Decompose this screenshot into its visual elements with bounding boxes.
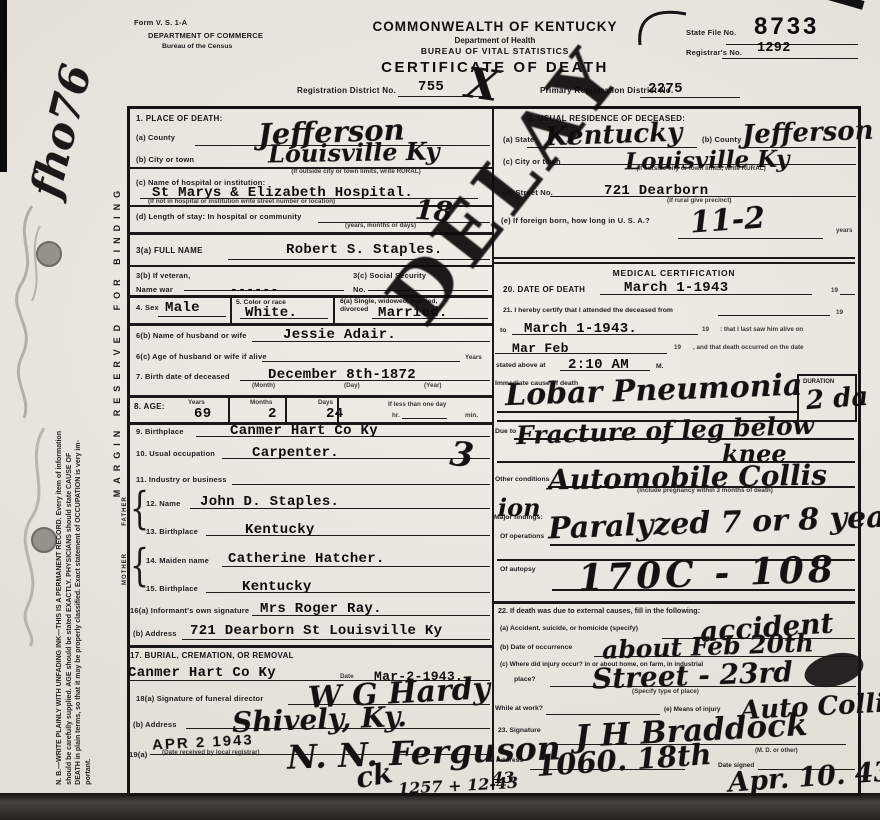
mother-bp-label: 15. Birthplace — [146, 584, 198, 593]
certify-line1-year: 19 — [836, 310, 843, 317]
rule — [493, 257, 855, 259]
cell-divider — [230, 297, 232, 323]
dept-health: Department of Health — [330, 36, 660, 45]
stray-number-note: 43 — [492, 770, 514, 786]
burial-place-value: Canmer Hart Co Ky — [128, 666, 276, 680]
pod-city-value: Louisville Ky — [268, 140, 440, 167]
birthdate-month-caption: (Month) — [252, 383, 275, 390]
birthplace-line — [196, 436, 490, 437]
birthdate-label: 7. Birth date of deceased — [136, 372, 230, 381]
physician-sig-caption: (M. D. or other) — [755, 748, 798, 754]
occupation-mark: 3 — [448, 437, 475, 473]
veteran-label: 3(b) If veteran, — [136, 271, 190, 280]
state-file-number: 8733 — [754, 13, 819, 41]
reg-district-label: Registration District No. — [297, 86, 396, 96]
stated-above-label: stated above at — [496, 362, 545, 370]
autopsy-value: 170C - 108 — [577, 551, 837, 596]
sex-line — [158, 316, 226, 317]
commonwealth-title: COMMONWEALTH OF KENTUCKY — [330, 19, 660, 34]
res-foreign-value: 11-2 — [689, 203, 766, 238]
autopsy-label: Of autopsy — [500, 566, 536, 574]
medical-title: MEDICAL CERTIFICATION — [493, 268, 855, 278]
dept-commerce: DEPARTMENT OF COMMERCE — [148, 31, 263, 40]
sex-value: Male — [165, 301, 200, 315]
director-label: 18(a) Signature of funeral director — [136, 694, 263, 703]
spouse-value: Jessie Adair. — [283, 328, 396, 342]
mother-bp-line — [206, 592, 490, 593]
pod-title: 1. PLACE OF DEATH: — [136, 114, 223, 124]
dod-line — [600, 294, 812, 295]
received-label: 19(a) — [129, 750, 148, 759]
res-county-value: Jefferson — [742, 118, 874, 149]
death-certificate-scan: MARGIN RESERVED FOR BINDING N. B.—WRITE … — [0, 0, 880, 820]
reg-district-number: 755 — [418, 80, 444, 94]
industry-line — [232, 484, 490, 485]
color-line — [240, 318, 328, 319]
margin-binding-note: MARGIN RESERVED FOR BINDING — [112, 106, 122, 576]
certify-to: to — [500, 327, 506, 335]
certify-line2-year: 19 — [702, 327, 709, 334]
pod-stay-label: (d) Length of stay: In hospital or commu… — [136, 212, 301, 221]
primary-district-line — [640, 97, 740, 98]
spouse-age-suffix: Years — [465, 355, 482, 362]
certify-line2-suffix: : that I last saw him alive on — [720, 327, 803, 334]
age-min-caption: min. — [465, 413, 478, 420]
certify-line1: 21. I hereby certify that I attended the… — [503, 307, 673, 315]
informant-addr-value: 721 Dearborn St Louisville Ky — [190, 624, 442, 638]
pod-county-label: (a) County — [136, 133, 175, 142]
check-mark-note: ck — [354, 759, 395, 793]
ink-blob — [800, 648, 870, 694]
informant-addr-line — [182, 639, 490, 640]
state-file-line — [726, 44, 858, 45]
external-b-label: (b) Date of occurrence — [500, 644, 572, 652]
registrar-number: 1292 — [757, 42, 791, 56]
age-months-value: 2 — [268, 407, 277, 421]
bureau-vital-statistics: BUREAU OF VITAL STATISTICS — [330, 46, 660, 56]
spouse-age-line — [262, 361, 460, 362]
state-file-label: State File No. — [686, 28, 736, 37]
spouse-age-label: 6(c) Age of husband or wife if alive — [136, 352, 267, 361]
marital-label2: divorced — [340, 306, 368, 314]
other-conditions-label: Other conditions — [495, 476, 549, 484]
pod-city-label: (b) City or town — [136, 155, 194, 164]
margin-nb-line2: should be carefully supplied. AGE should… — [65, 120, 75, 785]
informant-sig-value: Mrs Roger Ray. — [260, 602, 382, 616]
industry-label: 11. Industry or business — [136, 475, 227, 484]
dod-year-line — [840, 294, 855, 295]
ssn-sub-label: No. — [353, 285, 366, 294]
received-caption: (Date received by local registrar) — [162, 750, 260, 757]
pod-stay-caption: (years, months or days) — [345, 223, 416, 230]
age-label: 8. AGE: — [134, 402, 165, 412]
burial-title: 17. BURIAL, CREMATION, OR REMOVAL — [130, 651, 294, 661]
external-c-value: Street - 23rd — [592, 659, 794, 694]
age-less-caption: If less than one day — [388, 402, 446, 409]
informant-sig-line — [252, 615, 490, 616]
last-seen-line — [495, 353, 667, 354]
duration-value: 2 da — [805, 384, 869, 414]
primary-district-number: 2275 — [648, 82, 683, 96]
mother-name-value: Catherine Hatcher. — [228, 552, 385, 566]
veteran-sub-label: Name war — [136, 285, 173, 294]
birthplace-label: 9. Birthplace — [136, 427, 184, 436]
attended-to-line — [512, 334, 698, 335]
occupation-label: 10. Usual occupation — [136, 449, 215, 458]
funeral-addr-value: Shively, Ky. — [232, 703, 408, 737]
other-conditions-value2: ion — [498, 496, 541, 520]
informant-sig-label: 16(a) Informant's own signature — [130, 606, 249, 615]
scan-corner-mark — [827, 0, 864, 10]
registrar-line — [722, 58, 858, 59]
dod-value: March 1-1943 — [624, 281, 728, 295]
sex-label: 4. Sex — [136, 303, 159, 312]
mother-name-label: 14. Maiden name — [146, 556, 209, 565]
pod-hospital-caption: (If not in hospital or institution write… — [148, 199, 335, 206]
registrar-no-label: Registrar's No. — [686, 48, 742, 57]
fullname-label: 3(a) FULL NAME — [136, 246, 203, 256]
pencil-scribble — [2, 196, 50, 426]
father-name-value: John D. Staples. — [200, 495, 339, 509]
res-county-label: (b) County — [702, 135, 742, 144]
rule — [493, 262, 855, 264]
due-to-label: Due to — [495, 428, 516, 436]
certify-line1-rule — [718, 315, 830, 316]
cell-divider — [285, 397, 287, 422]
mother-side-label: MOTHER — [122, 543, 128, 595]
rule — [127, 395, 492, 398]
funeral-addr-label: (b) Address — [133, 720, 177, 729]
age-years-value: 69 — [194, 407, 211, 421]
age-hr-caption: hr. — [392, 413, 400, 420]
external-a-label: (a) Accident, suicide, or homicide (spec… — [500, 625, 638, 633]
rule — [493, 601, 855, 604]
age-hr-line — [402, 418, 447, 419]
while-at-work-label: While at work? — [495, 705, 543, 713]
registrar-signature: N. N. Ferguson — [287, 731, 562, 774]
dod-label: 20. DATE OF DEATH — [503, 285, 585, 295]
father-bp-line — [206, 535, 490, 536]
death-time-suffix: M. — [656, 363, 664, 371]
margin-nb-line4: portant. — [84, 120, 94, 785]
res-foreign-suffix: years — [836, 228, 852, 235]
dod-year: 19 — [831, 288, 838, 295]
other-conditions-value: Automobile Collis — [548, 462, 827, 495]
pod-city-caption: (If outside city or town limits, write R… — [222, 169, 490, 176]
x-mark: X — [463, 62, 501, 108]
cell-divider — [333, 297, 335, 323]
certify-line3-suffix: , and that death occurred on the date — [693, 345, 804, 352]
bureau-census: Bureau of the Census — [162, 43, 232, 51]
form-number: Form V. S. 1-A — [134, 18, 187, 27]
birthdate-day-caption: (Day) — [344, 383, 360, 390]
father-name-line — [190, 508, 490, 509]
veteran-value: ------ — [230, 283, 279, 296]
cell-divider — [228, 397, 230, 422]
certify-line3-year: 19 — [674, 345, 681, 352]
rule — [127, 645, 492, 648]
mother-name-line — [222, 566, 490, 567]
margin-nb-line3: DEATH in plain terms, so that it may be … — [75, 120, 85, 785]
birthdate-line — [240, 380, 490, 381]
margin-nb-note: N. B.—WRITE PLAINLY WITH UNFADING INK—TH… — [55, 120, 94, 785]
operations-label: Of operations — [500, 533, 544, 541]
external-c-label2: place? — [514, 676, 536, 684]
father-side-label: FATHER — [122, 486, 128, 536]
external-title: 22. If death was due to external causes,… — [498, 607, 700, 616]
age-days-value: 24 — [326, 407, 343, 421]
father-bp-label: 13. Birthplace — [146, 527, 198, 536]
scan-left-edge — [0, 0, 7, 172]
birthdate-year-caption: (Year) — [424, 383, 442, 390]
margin-nb-line1: N. B.—WRITE PLAINLY WITH UNFADING INK—TH… — [55, 120, 65, 785]
informant-addr-label: (b) Address — [133, 629, 177, 638]
spouse-label: 6(b) Name of husband or wife — [136, 331, 247, 340]
spouse-line — [252, 341, 490, 342]
res-city-value: Louisville Ky — [625, 148, 790, 174]
death-time-line — [560, 370, 650, 371]
father-name-label: 12. Name — [146, 499, 181, 508]
